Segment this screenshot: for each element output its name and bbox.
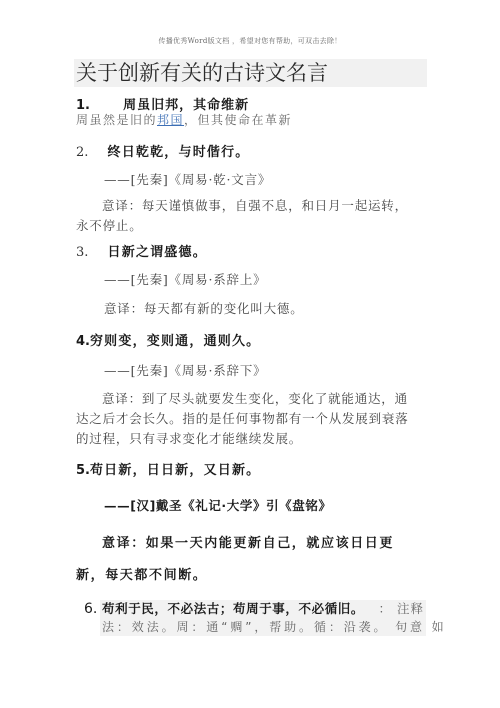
item-4-number: 4. [76, 334, 90, 349]
item-2-number: 2. [76, 145, 88, 160]
header-note: 传播优秀Word版文档 ，希望对您有帮助，可双击去除！ [0, 36, 500, 46]
item-4-source: ——[先秦]《周易·系辞下》 [104, 361, 266, 379]
item-5-number: 5. [76, 463, 90, 478]
item-6-note-label: ： 注释 [379, 600, 424, 618]
item-6-note-text: 法：效法。周：通“赒”，帮助。循：沿袭。 句意 如 [102, 618, 424, 636]
item-4-heading: 4.穷则变，变则通，通则久。 [76, 330, 260, 349]
item-3-translation: 意译：每天都有新的变化叫大德。 [104, 299, 304, 317]
bangguo-link[interactable]: 邦国 [157, 113, 184, 127]
item-3-quote: 日新之谓盛德。 [108, 245, 207, 260]
item-2-source: ——[先秦]《周易·乾·文言》 [104, 170, 271, 188]
item-2-translation: 意译：每天谨慎做事，自强不息，和日月一起运转，永不停止。 [76, 196, 420, 236]
item-5-translation: 意译：如果一天内能更新自己，就应该日日更新，每天都不间断。 [76, 528, 420, 592]
item-6-line-1: 苟利于民，不必法古；苟周于事，不必循旧。 ： 注释 [102, 600, 424, 618]
item-1-explanation-suffix: ，但其使命在革新 [184, 113, 292, 127]
item-6-quote: 苟利于民，不必法古；苟周于事，不必循旧。 [102, 600, 364, 618]
document-title: 关于创新有关的古诗文名言 [74, 59, 427, 87]
item-5-quote: 苟日新，日日新，又日新。 [90, 463, 260, 478]
item-6-number: 6. [84, 600, 97, 618]
item-5-source: ——[汉]戴圣《礼记·大学》引《盘铭》 [104, 496, 332, 514]
item-4-translation: 意译：到了尽头就要发生变化，变化了就能通达，通达之后才会长久。指的是任何事物都有… [76, 389, 420, 449]
item-1-explanation: 周虽然是旧的邦国，但其使命在革新 [76, 111, 292, 128]
item-3-source: ——[先秦]《周易·系辞上》 [104, 270, 266, 288]
item-4-quote: 穷则变，变则通，通则久。 [90, 334, 260, 349]
item-3-heading: 3. 日新之谓盛德。 [76, 241, 207, 260]
item-2-heading: 2. 终日乾乾，与时偕行。 [76, 141, 250, 160]
item-3-number: 3. [76, 245, 88, 260]
item-5-heading: 5.苟日新，日日新，又日新。 [76, 459, 260, 478]
item-2-quote: 终日乾乾，与时偕行。 [108, 145, 250, 160]
item-1-explanation-prefix: 周虽然是旧的 [76, 113, 157, 127]
